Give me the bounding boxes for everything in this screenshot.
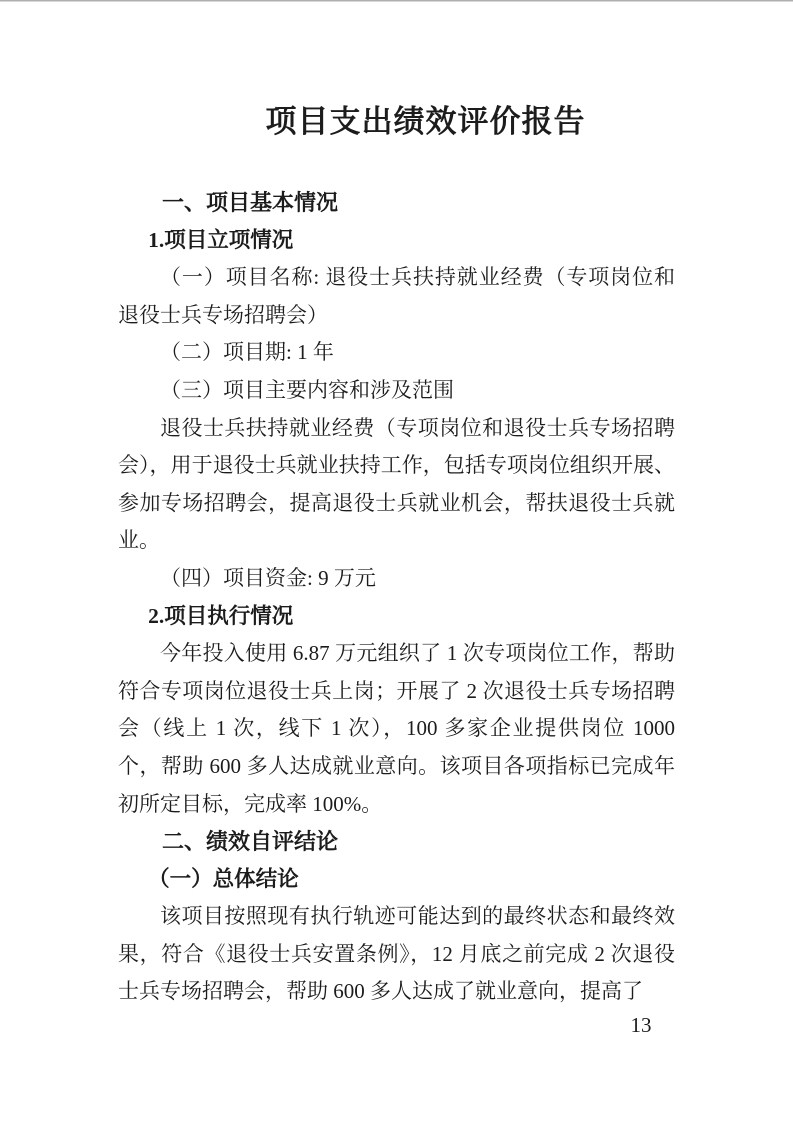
document-body: 一、项目基本情况1.项目立项情况（一）项目名称: 退役士兵扶持就业经费（专项岗位… bbox=[118, 184, 675, 1011]
document-title: 项目支出绩效评价报告 bbox=[0, 101, 793, 143]
paragraph: （二）项目期: 1 年 bbox=[118, 334, 675, 372]
paragraph: （四）项目资金: 9 万元 bbox=[118, 560, 675, 598]
section-heading: 二、绩效自评结论 bbox=[118, 823, 675, 861]
paragraph: 今年投入使用 6.87 万元组织了 1 次专项岗位工作，帮助符合专项岗位退役士兵… bbox=[118, 635, 675, 823]
subsection-heading: （一）总体结论 bbox=[118, 861, 675, 899]
scan-artifact-line bbox=[0, 0, 793, 2]
page-number: 13 bbox=[611, 1013, 671, 1038]
section-heading: 一、项目基本情况 bbox=[118, 184, 675, 222]
paragraph: 该项目按照现有执行轨迹可能达到的最终状态和最终效果，符合《退役士兵安置条例》，1… bbox=[118, 898, 675, 1011]
document-page: 项目支出绩效评价报告 一、项目基本情况1.项目立项情况（一）项目名称: 退役士兵… bbox=[0, 0, 793, 1122]
subsection-heading: 1.项目立项情况 bbox=[118, 222, 675, 260]
paragraph: （一）项目名称: 退役士兵扶持就业经费（专项岗位和退役士兵专场招聘会） bbox=[118, 259, 675, 334]
paragraph: （三）项目主要内容和涉及范围 bbox=[118, 372, 675, 410]
subsection-heading: 2.项目执行情况 bbox=[118, 598, 675, 636]
paragraph: 退役士兵扶持就业经费（专项岗位和退役士兵专场招聘会），用于退役士兵就业扶持工作，… bbox=[118, 410, 675, 560]
